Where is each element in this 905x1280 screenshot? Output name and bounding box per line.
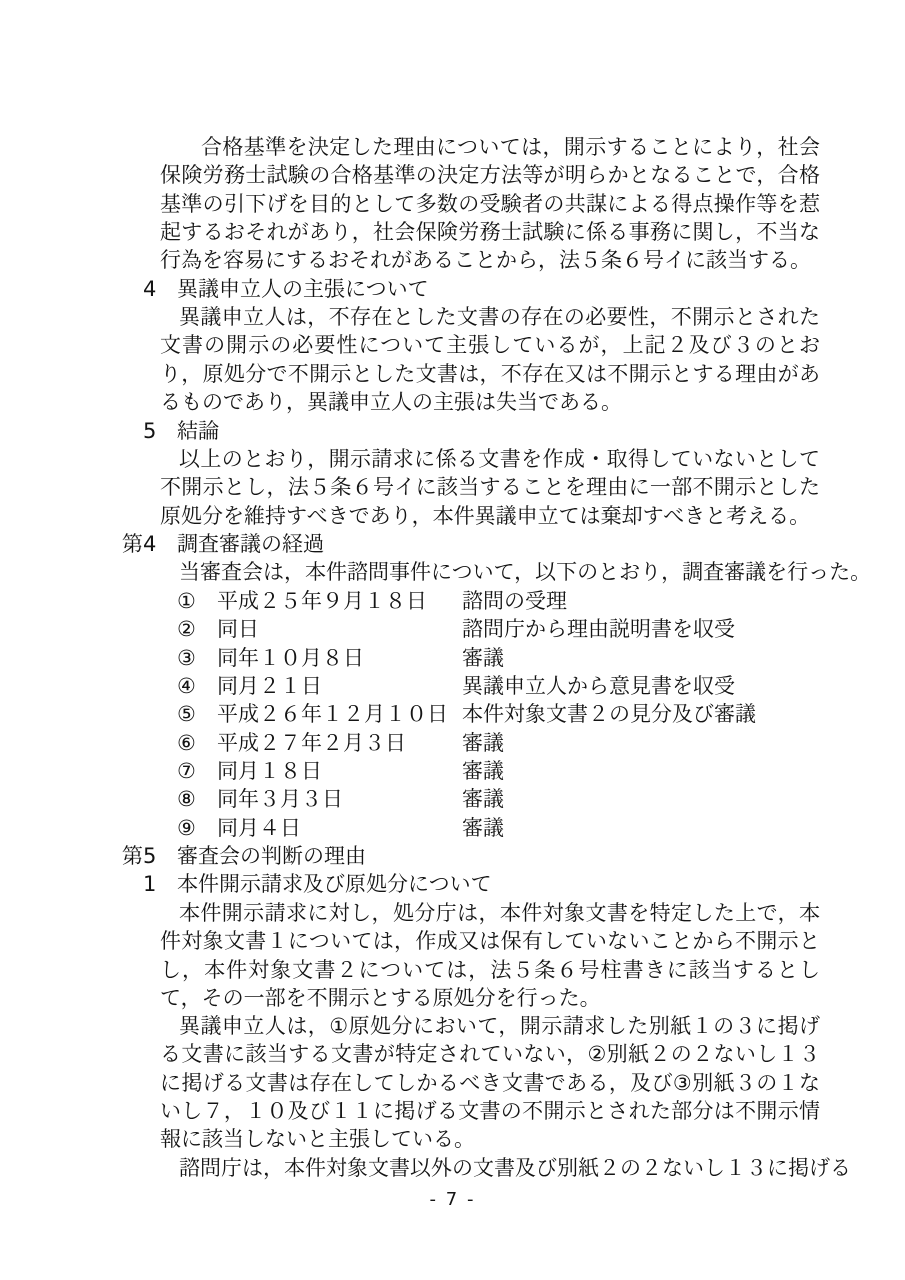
section-4-intro: 当審査会は，本件諮問事件について，以下のとおり，調査審議を行った。 bbox=[160, 558, 871, 586]
item-1-number: 1 bbox=[143, 870, 177, 898]
schedule-row: ② 同日 諮問庁から理由説明書を収受 bbox=[177, 615, 735, 643]
circled-number-9: ⑨ bbox=[177, 814, 217, 842]
item-1-title: 本件開示請求及び原処分について bbox=[177, 870, 492, 898]
circled-number-8: ⑧ bbox=[177, 785, 217, 813]
item-4-title: 異議申立人の主張について bbox=[177, 275, 429, 303]
circled-number-4: ④ bbox=[177, 672, 217, 700]
circled-number-6: ⑥ bbox=[177, 729, 217, 757]
circled-number-7: ⑦ bbox=[177, 757, 217, 785]
schedule-row: ① 平成２５年９月１８日 諮問の受理 bbox=[177, 587, 567, 615]
scanned-document-page: 合格基準を決定した理由については，開示することにより，社会保険労務士試験の合格基… bbox=[0, 0, 905, 1280]
section-5-title: 審査会の判断の理由 bbox=[177, 842, 366, 870]
schedule-date: 同日 bbox=[217, 615, 462, 643]
item-4-heading: 4 異議申立人の主張について bbox=[143, 275, 429, 303]
section-4-heading: 第4 調査審議の経過 bbox=[122, 530, 324, 558]
schedule-date: 同年３月３日 bbox=[217, 785, 462, 813]
circled-number-2: ② bbox=[177, 615, 217, 643]
section-4-number: 第4 bbox=[122, 530, 177, 558]
schedule-date: 同年１０月８日 bbox=[217, 644, 462, 672]
section-5-heading: 第5 審査会の判断の理由 bbox=[122, 842, 366, 870]
circled-number-3: ③ bbox=[177, 644, 217, 672]
paragraph-continuation: 合格基準を決定した理由については，開示することにより，社会保険労務士試験の合格基… bbox=[160, 133, 820, 275]
schedule-event: 審議 bbox=[462, 814, 504, 842]
schedule-row: ⑧ 同年３月３日 審議 bbox=[177, 785, 504, 813]
schedule-date: 平成２５年９月１８日 bbox=[217, 587, 462, 615]
item-5-title: 結論 bbox=[177, 417, 219, 445]
schedule-event: 諮問の受理 bbox=[462, 587, 567, 615]
schedule-event: 審議 bbox=[462, 729, 504, 757]
item-1-paragraph-3-partial: 諮問庁は，本件対象文書以外の文書及び別紙２の２ないし１３に掲げる bbox=[160, 1154, 851, 1182]
schedule-row: ⑨ 同月４日 審議 bbox=[177, 814, 504, 842]
item-4-number: 4 bbox=[143, 275, 177, 303]
schedule-event: 審議 bbox=[462, 785, 504, 813]
schedule-date: 同月４日 bbox=[217, 814, 462, 842]
schedule-date: 同月１８日 bbox=[217, 757, 462, 785]
circled-number-5: ⑤ bbox=[177, 700, 217, 728]
section-4-title: 調査審議の経過 bbox=[177, 530, 324, 558]
schedule-row: ④ 同月２１日 異議申立人から意見書を収受 bbox=[177, 672, 735, 700]
schedule-event: 異議申立人から意見書を収受 bbox=[462, 672, 735, 700]
page-number: - 7 - bbox=[0, 1186, 905, 1214]
schedule-event: 審議 bbox=[462, 644, 504, 672]
schedule-date: 同月２１日 bbox=[217, 672, 462, 700]
schedule-event: 審議 bbox=[462, 757, 504, 785]
schedule-event: 諮問庁から理由説明書を収受 bbox=[462, 615, 735, 643]
schedule-date: 平成２６年１２月１０日 bbox=[217, 700, 462, 728]
schedule-date: 平成２７年２月３日 bbox=[217, 729, 462, 757]
item-1-paragraph-2: 異議申立人は，①原処分において，開示請求した別紙１の３に掲げる文書に該当する文書… bbox=[160, 1012, 820, 1154]
item-5-body: 以上のとおり，開示請求に係る文書を作成・取得していないとして不開示とし，法５条６… bbox=[160, 445, 820, 530]
section-5-item-1-heading: 1 本件開示請求及び原処分について bbox=[143, 870, 492, 898]
schedule-row: ③ 同年１０月８日 審議 bbox=[177, 644, 504, 672]
item-4-body: 異議申立人は，不存在とした文書の存在の必要性，不開示とされた文書の開示の必要性に… bbox=[160, 303, 820, 416]
item-5-heading: 5 結論 bbox=[143, 417, 219, 445]
schedule-row: ⑤ 平成２６年１２月１０日 本件対象文書２の見分及び審議 bbox=[177, 700, 756, 728]
item-1-paragraph-1: 本件開示請求に対し，処分庁は，本件対象文書を特定した上で，本件対象文書１について… bbox=[160, 899, 820, 1012]
item-5-number: 5 bbox=[143, 417, 177, 445]
section-5-number: 第5 bbox=[122, 842, 177, 870]
circled-number-1: ① bbox=[177, 587, 217, 615]
schedule-row: ⑦ 同月１８日 審議 bbox=[177, 757, 504, 785]
schedule-row: ⑥ 平成２７年２月３日 審議 bbox=[177, 729, 504, 757]
schedule-event: 本件対象文書２の見分及び審議 bbox=[462, 700, 756, 728]
